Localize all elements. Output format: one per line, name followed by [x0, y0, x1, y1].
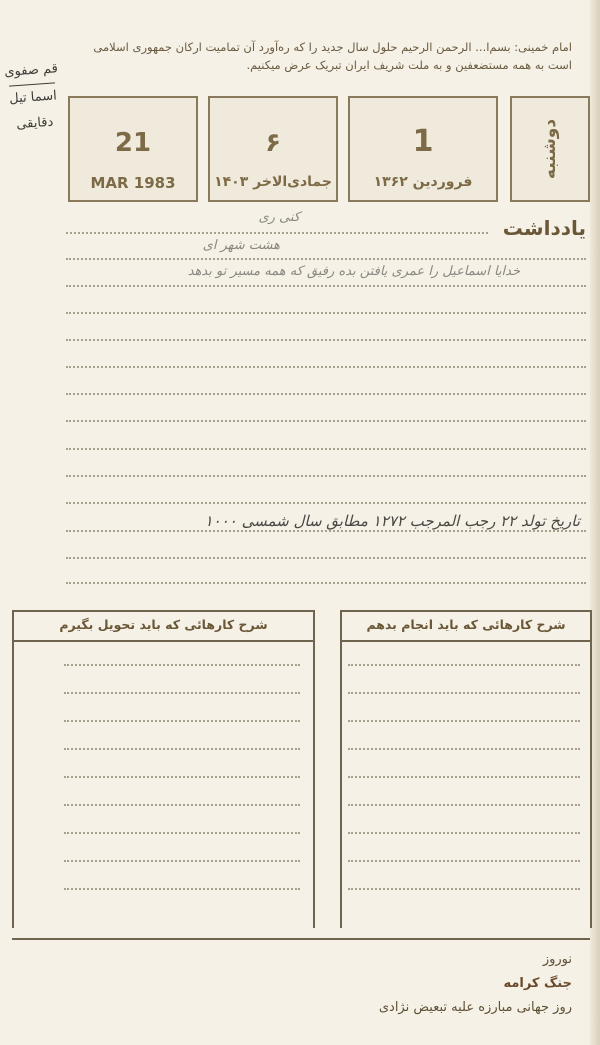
task-ruled-line [64, 888, 300, 890]
notes-ruled-line [66, 475, 586, 477]
handwritten-note-3: خدایا اسماعیل را عمری یافتن بده رفیق که … [188, 264, 520, 279]
weekday-box: دوشنبه [510, 96, 590, 202]
task-ruled-line [64, 664, 300, 666]
task-ruled-line [348, 860, 580, 862]
margin-note-line-3: دقایقی [5, 109, 65, 139]
quote-line-2: است به همه مستضعفین و به ملت شریف ایران … [52, 56, 572, 74]
notes-ruled-line [66, 448, 586, 450]
occasion-3: روز جهانی مبارزه علیه تبعیض نژادی [379, 996, 572, 1020]
task-ruled-line [64, 720, 300, 722]
task-ruled-line [348, 804, 580, 806]
margin-note-line-2: اسما تیل [3, 83, 63, 113]
to-do-header: شرح کارهائی که باید انجام بدهم [342, 610, 590, 642]
to-do-box[interactable]: شرح کارهائی که باید انجام بدهم [340, 610, 592, 928]
task-ruled-line [64, 832, 300, 834]
notes-ruled-line [66, 285, 586, 287]
notes-ruled-line [66, 393, 586, 395]
hijri-date-box: ۶ جمادی‌الاخر ۱۴۰۳ [208, 96, 338, 202]
task-ruled-line [348, 720, 580, 722]
task-ruled-line [64, 692, 300, 694]
notes-title: یادداشت [503, 216, 586, 240]
task-ruled-line [348, 776, 580, 778]
occasions-list: نوروز جنگ کرامه روز جهانی مبارزه علیه تب… [379, 948, 572, 1020]
handwritten-birthdate: تاریخ تولد ۲۲ رجب المرجب ۱۲۷۲ مطابق سال … [205, 512, 580, 530]
solar-date-box: 1 فروردین ۱۳۶۲ [348, 96, 498, 202]
notes-ruled-line [66, 312, 586, 314]
notes-ruled-line [66, 258, 586, 260]
solar-day: 1 [350, 124, 496, 159]
gregorian-day: 21 [70, 128, 196, 158]
notes-ruled-line [66, 557, 586, 559]
khomeini-quote: امام خمینی: بسم‌ا... الرحمن الرحیم حلول … [52, 38, 572, 74]
to-receive-header: شرح کارهائی که باید تحویل بگیرم [14, 610, 313, 642]
hijri-month-year: جمادی‌الاخر ۱۴۰۳ [210, 174, 336, 190]
task-ruled-line [64, 860, 300, 862]
occasion-1: نوروز [379, 948, 572, 972]
task-ruled-line [348, 748, 580, 750]
margin-handwritten-note: قم صفوی اسما تیل دقایقی [1, 56, 64, 139]
quote-line-1: امام خمینی: بسم‌ا... الرحمن الرحیم حلول … [52, 38, 572, 56]
task-ruled-line [64, 804, 300, 806]
gregorian-month-year: MAR 1983 [70, 174, 196, 192]
notes-ruled-line [66, 582, 586, 584]
task-ruled-line [64, 748, 300, 750]
notes-ruled-line [66, 339, 586, 341]
solar-month-year: فروردین ۱۳۶۲ [350, 174, 496, 190]
task-ruled-line [348, 832, 580, 834]
task-ruled-line [348, 664, 580, 666]
bottom-rule [12, 938, 590, 940]
handwritten-note-2: هشت شهر ای [203, 238, 280, 253]
occasion-2: جنگ کرامه [379, 972, 572, 996]
task-ruled-line [64, 776, 300, 778]
notes-ruled-line [66, 366, 586, 368]
to-receive-box[interactable]: شرح کارهائی که باید تحویل بگیرم [12, 610, 315, 928]
task-ruled-line [348, 888, 580, 890]
notes-ruled-line [66, 420, 586, 422]
handwritten-note-1: کنی ری [258, 210, 300, 225]
notes-ruled-line [66, 502, 586, 504]
notes-ruled-line [66, 232, 488, 234]
hijri-day: ۶ [210, 128, 336, 158]
margin-note-line-1: قم صفوی [1, 56, 61, 86]
notes-ruled-line [66, 530, 586, 532]
gregorian-date-box: 21 MAR 1983 [68, 96, 198, 202]
weekday-label: دوشنبه [540, 119, 560, 179]
task-ruled-line [348, 692, 580, 694]
